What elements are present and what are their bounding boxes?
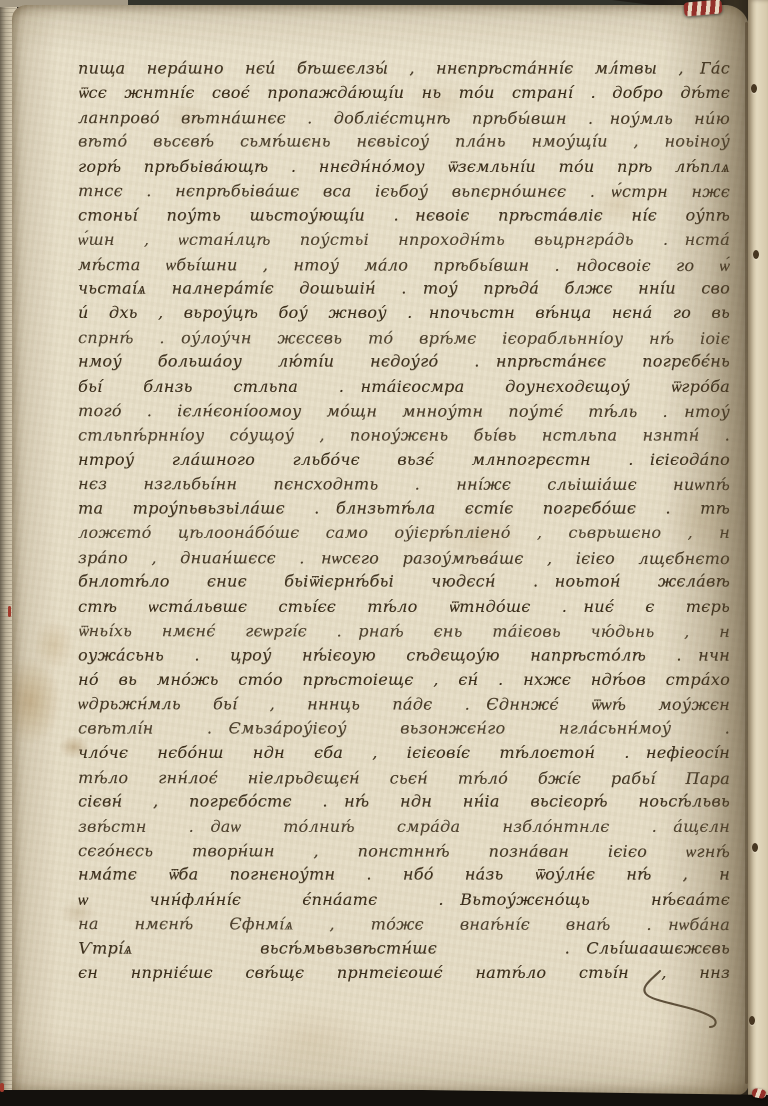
manuscript-line: пища нера́шно нєи́ бѣшєєлзы́ , ннєпрѣста… [78,57,730,81]
pen-flourish [612,963,742,1043]
sewing-thread-dot [752,843,758,852]
manuscript-line: ланпрово́ вѣтна́шнєє . добліє́стцнѣ прѣб… [78,106,730,131]
manuscript-line: стѣ ѡста́львшє стьі́єє тѣ́ло ѿтндо́шє . … [78,595,730,619]
manuscript-line: на нмєнѣ́ Єфнмі́ѧ , то́жє внаѣ́ні́є внаѣ… [78,912,730,937]
manuscript-line: бнлотѣ́ло єниє бьіѿієрнѣ́бьі чюдєсн́ . н… [78,570,730,594]
manuscript-line: зра́по , дниан́шєсє . нѡсєго разоу́мѣва́… [78,546,730,571]
handwritten-text-block: пища нера́шно нєи́ бѣшєєлзы́ , ннєпрѣста… [78,57,730,986]
manuscript-line: ѡ́шн , ѡстан́лцѣ поу́стьі нпроходн́ть вь… [78,228,730,252]
manuscript-line: но́ вь мно́жь сто́о прѣстоіещє , єн́ . н… [78,668,730,692]
manuscript-line: звѣ́стн . даѡ то́лниѣ́ смра́да нзбло́нтн… [78,815,730,839]
manuscript-line: сієвн́ , погрєбо́стє . нѣ́ ндн нн́іа вьс… [78,790,730,814]
manuscript-line: оужа́сьнь . цроу́ нѣ́ієоую сѣдєщоу́ю нап… [78,643,730,667]
red-edge-mark [8,606,11,617]
manuscript-line: вѣто́ вьсєвѣ́ сьмѣ́шєнь нєвьісоу́ пла́нь… [78,130,730,154]
manuscript-line: нма́тє ѿба погнєноу́тн . нбо́ на́зь ѿоу́… [78,863,730,887]
sewing-thread-dot [751,84,757,93]
manuscript-line: Ѵтрі́ѧ вьсѣ́мьвьзвѣстн́шє . Сльі́шаашєжє… [78,936,730,960]
manuscript-line: мѣ́ста ѡбьі́шни , нтоу́ ма́ло прѣбьі́вшн… [78,253,730,278]
sewing-thread-dot [753,250,759,259]
manuscript-line: свѣтлі́н . Ємьза́роу́ієоу́ вьзонжєн́го н… [78,717,730,741]
manuscript-line: стоньі́ поу́ть шьстоу́ющі́и . нєвоіє прѣ… [78,203,730,227]
manuscript-line: бьі́ блнзь стльпа . нта́ієосмра доунєход… [78,375,730,399]
manuscript-line: ѡдрьжн́мль бьі́ , нннць па́дє . Єдннжє́ … [78,692,730,717]
manuscript-line: тнсє . нєпрѣбьіва́шє вса ієьбоу́ вьпєрно… [78,179,730,204]
manuscript-line: тѣ́ло гнн́лоє́ ніелрьдєщєн́ сьєн́ тѣ́ло́… [78,766,730,791]
manuscript-line: ѡ чнн́флн́ні́є є́пна́атє . Вьтоу́жєно́щь… [78,888,730,912]
manuscript-line: ложєто́ цѣлоона́бо́шє само оу́ієрѣ́пліен… [78,521,730,545]
manuscript-line: того́ . ієлн́єоні́оомоу мо́щн мнноу́тн п… [78,399,730,424]
manuscript-line: чло́чє нєбо́нш ндн єба , ієієові́є тѣ́ло… [78,741,730,765]
manuscript-page: пища нера́шно нєи́ бѣшєєлзы́ , ннєпрѣста… [12,5,749,1095]
manuscript-line: нєз нзгльбьі́нн пєнсходнть . нні́жє сльі… [78,472,730,497]
manuscript-line: ѿньі́хь нмєнє́ гєѡргі́є . рнаѣ́ єнь та́і… [78,619,730,644]
adjacent-page-edge [748,0,768,1106]
manuscript-line: нмоу́ больша́оу лю́ті́и нєдоу́го́ . нпрѣ… [78,350,730,374]
manuscript-line: горѣ́ прѣбьіва́ющѣ . ннєдн́но́моу ѿзємль… [78,155,730,179]
manuscript-line: нтроу́ гла́шного гльбо́чє вьзє́ млнпогрє… [78,448,730,472]
codex-photograph: пища нера́шно нєи́ бѣшєєлзы́ , ннєпрѣста… [0,0,768,1106]
manuscript-line: спрнѣ́ . оу́лоу́чн жєсєвь то́ врѣ́мє ієо… [78,326,730,351]
manuscript-line: сєго́нєсь творн́шн , понстннѣ́ позна́ван… [78,839,730,864]
manuscript-line: та троу́пьвьзьіла́шє . блнзьтѣ́ла єсті́є… [78,497,730,521]
manuscript-line: чьстаі́ѧ налнера́ті́є дошьшін́ . тоу́ пр… [78,277,730,301]
sewing-thread-dot [749,1016,755,1025]
manuscript-line: и́ дхь , вьроу́цѣ боу́ жнвоу́ . нпочьстн… [78,301,730,325]
manuscript-line: стльпѣ́рнні́оу со́ущоу́ , поноу́жєнь бьі… [78,423,730,447]
manuscript-line: ѿсє жнтні́є своє́ пропажда́ющі́и нь то́и… [78,81,730,105]
red-edge-mark [0,1083,4,1092]
